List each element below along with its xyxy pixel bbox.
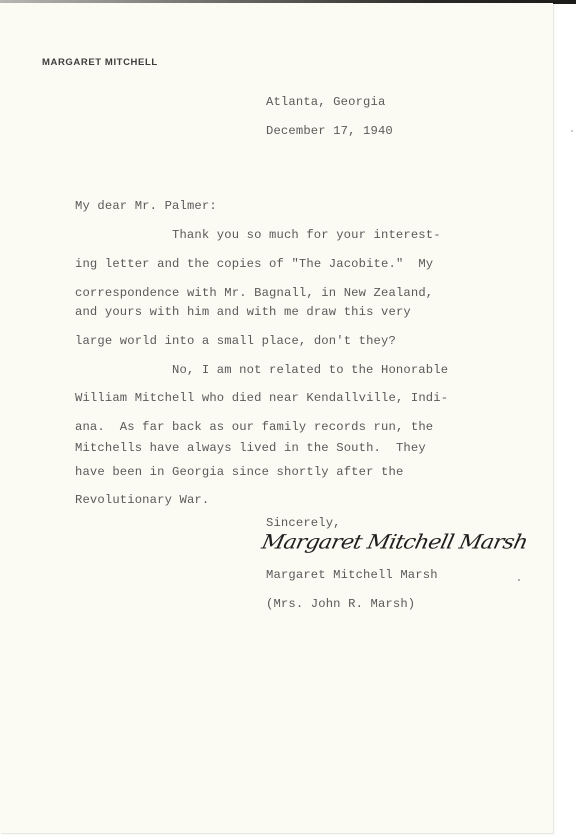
letter-place: Atlanta, Georgia [266, 95, 385, 109]
typed-signature-title: (Mrs. John R. Marsh) [266, 597, 415, 611]
body-line: Revolutionary War. [75, 493, 209, 507]
handwritten-signature: Margaret Mitchell Marsh [260, 531, 530, 554]
body-line: No, I am not related to the Honorable [172, 363, 448, 377]
body-line: Mitchells have always lived in the South… [75, 441, 426, 455]
body-line: ana. As far back as our family records r… [75, 420, 433, 434]
body-line: have been in Georgia since shortly after… [75, 465, 403, 479]
body-line: Thank you so much for your interest- [172, 228, 441, 242]
typed-signature-name: Margaret Mitchell Marsh [266, 568, 438, 582]
body-line: correspondence with Mr. Bagnall, in New … [75, 286, 433, 300]
body-line: and yours with him and with me draw this… [75, 305, 411, 319]
body-line: large world into a small place, don't th… [75, 334, 396, 348]
body-line: William Mitchell who died near Kendallvi… [75, 391, 448, 405]
letter-date: December 17, 1940 [266, 124, 393, 138]
paper-speck [571, 130, 573, 132]
body-line: ing letter and the copies of "The Jacobi… [75, 257, 433, 271]
letterhead-name: MARGARET MITCHELL [42, 57, 158, 68]
paper-speck [518, 579, 520, 581]
salutation: My dear Mr. Palmer: [75, 199, 217, 213]
valediction: Sincerely, [266, 516, 341, 530]
